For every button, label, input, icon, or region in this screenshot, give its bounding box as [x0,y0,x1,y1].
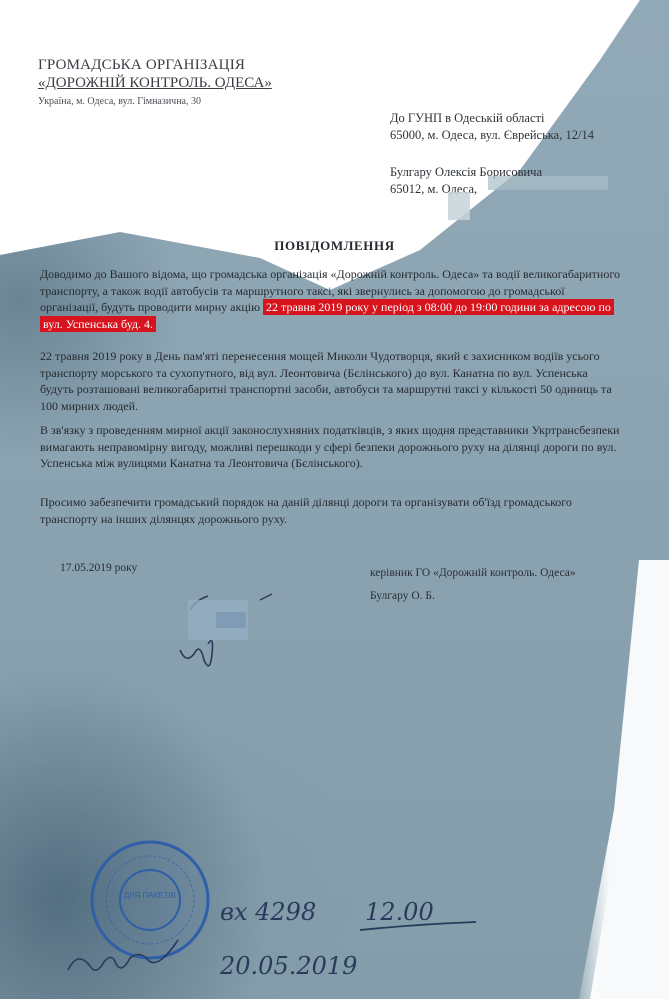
signer-title: керівник ГО «Дорожній контроль. Одеса» [370,562,576,585]
paragraph-1: Доводимо до Вашого відома, що громадська… [40,266,620,332]
org-name: «ДОРОЖНІЙ КОНТРОЛЬ. ОДЕСА» [38,74,272,92]
redacted-block [448,192,470,220]
incoming-number: вх 4298 [220,898,316,926]
document-title: ПОВІДОМЛЕННЯ [0,238,669,254]
registration-time: 12.00 [365,898,434,926]
paragraph-3: В зв'язку з проведенням мирної акції зак… [40,422,620,472]
received-date: 20.05.2019 [219,952,357,980]
redacted-address [488,176,608,190]
signer-block: керівник ГО «Дорожній контроль. Одеса» Б… [370,562,576,608]
addressee-line-1: До ГУНП в Одеській області [390,110,594,127]
addressee-line-2: 65000, м. Одеса, вул. Єврейська, 12/14 [390,127,594,144]
org-address: Україна, м. Одеса, вул. Гімназична, 30 [38,94,272,110]
paragraph-4: Просимо забезпечити громадський порядок … [40,494,620,527]
signature-icon [160,580,300,670]
letterhead: ГРОМАДСЬКА ОРГАНІЗАЦІЯ «ДОРОЖНІЙ КОНТРОЛ… [38,56,272,110]
handwritten-registration: вх 4298 12.00 20.05.2019 [60,880,480,990]
paragraph-2: 22 травня 2019 року в День пам'яті перен… [40,348,620,414]
letter-date: 17.05.2019 року [60,562,137,574]
signer-name: Булгару О. Б. [370,585,576,608]
org-type: ГРОМАДСЬКА ОРГАНІЗАЦІЯ [38,56,272,74]
